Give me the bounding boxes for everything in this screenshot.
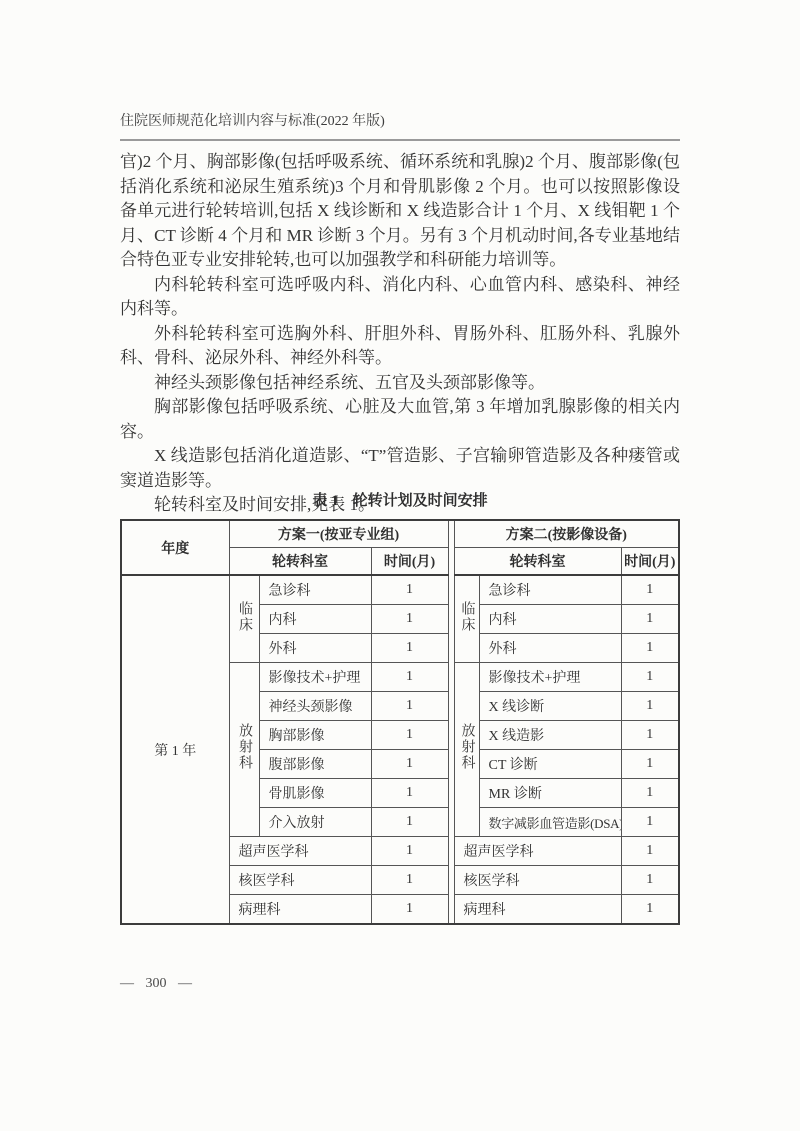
time-cell: 1 (371, 634, 448, 663)
paragraph-continuation: 官)2 个月、胸部影像(包括呼吸系统、循环系统和乳腺)2 个月、腹部影像(包括消… (120, 150, 680, 273)
group-radiology-plan2: 放射科 (454, 663, 479, 837)
group-clinical-plan2: 临床 (454, 575, 479, 663)
time-cell: 1 (621, 779, 679, 808)
time-cell: 1 (621, 866, 679, 895)
time-cell: 1 (621, 750, 679, 779)
dept-cell: 外科 (479, 634, 621, 663)
dept-cell: X 线诊断 (479, 692, 621, 721)
table-number: 表 1 (312, 493, 338, 509)
header-time-plan1: 时间(月) (371, 548, 448, 576)
time-cell: 1 (371, 866, 448, 895)
dept-cell: 核医学科 (229, 866, 371, 895)
header-time-plan2: 时间(月) (621, 548, 679, 576)
dept-cell: 内科 (259, 605, 371, 634)
header-plan1: 方案一(按亚专业组) (229, 520, 448, 548)
dept-cell: MR 诊断 (479, 779, 621, 808)
paragraph-xray-contrast: X 线造影包括消化道造影、“T”管造影、子宫输卵管造影及各种瘘管或窦道造影等。 (120, 444, 680, 493)
time-cell: 1 (371, 663, 448, 692)
time-cell: 1 (621, 663, 679, 692)
dept-cell: CT 诊断 (479, 750, 621, 779)
time-cell: 1 (621, 634, 679, 663)
time-cell: 1 (371, 808, 448, 837)
dept-cell: 数字减影血管造影(DSA) (479, 808, 621, 837)
header-plan2: 方案二(按影像设备) (454, 520, 679, 548)
time-cell: 1 (621, 808, 679, 837)
dept-cell: X 线造影 (479, 721, 621, 750)
rotation-schedule-table: 年度 方案一(按亚专业组) 方案二(按影像设备) 轮转科室 时间(月) 轮转科室… (120, 519, 680, 925)
paragraph-surgery: 外科轮转科室可选胸外科、肝胆外科、胃肠外科、肛肠外科、乳腺外科、骨科、泌尿外科、… (120, 322, 680, 371)
dept-cell: 介入放射 (259, 808, 371, 837)
time-cell: 1 (371, 779, 448, 808)
dept-cell: 超声医学科 (454, 837, 621, 866)
time-cell: 1 (371, 605, 448, 634)
dept-cell: 影像技术+护理 (259, 663, 371, 692)
body-text: 官)2 个月、胸部影像(包括呼吸系统、循环系统和乳腺)2 个月、腹部影像(包括消… (120, 150, 680, 518)
dept-cell: 急诊科 (259, 575, 371, 605)
running-header: 住院医师规范化培训内容与标准(2022 年版) (120, 110, 680, 141)
dept-cell: 影像技术+护理 (479, 663, 621, 692)
time-cell: 1 (621, 895, 679, 925)
group-radiology-plan1: 放射科 (229, 663, 259, 837)
document-page: 住院医师规范化培训内容与标准(2022 年版) 官)2 个月、胸部影像(包括呼吸… (0, 0, 800, 1131)
dept-cell: 急诊科 (479, 575, 621, 605)
dept-cell: 超声医学科 (229, 837, 371, 866)
header-year: 年度 (121, 520, 229, 575)
time-cell: 1 (371, 692, 448, 721)
group-clinical-plan1: 临床 (229, 575, 259, 663)
time-cell: 1 (621, 721, 679, 750)
time-cell: 1 (371, 895, 448, 925)
table-row: 第 1 年 临床 急诊科 1 临床 急诊科 1 (121, 575, 679, 605)
dept-cell: 骨肌影像 (259, 779, 371, 808)
time-cell: 1 (621, 575, 679, 605)
paragraph-neuro-head-neck: 神经头颈影像包括神经系统、五官及头颈部影像等。 (120, 371, 680, 396)
dept-cell: 内科 (479, 605, 621, 634)
paragraph-internal-medicine: 内科轮转科室可选呼吸内科、消化内科、心血管内科、感染科、神经内科等。 (120, 273, 680, 322)
time-cell: 1 (371, 750, 448, 779)
page-number: — 300 — (120, 976, 192, 992)
header-dept-plan2: 轮转科室 (454, 548, 621, 576)
table-title: 表 1轮转计划及时间安排 (120, 489, 680, 510)
dept-cell: 病理科 (229, 895, 371, 925)
dept-cell: 腹部影像 (259, 750, 371, 779)
dept-cell: 病理科 (454, 895, 621, 925)
dept-cell: 神经头颈影像 (259, 692, 371, 721)
time-cell: 1 (371, 837, 448, 866)
dept-cell: 核医学科 (454, 866, 621, 895)
table-header-row-1: 年度 方案一(按亚专业组) 方案二(按影像设备) (121, 520, 679, 548)
time-cell: 1 (371, 721, 448, 750)
time-cell: 1 (371, 575, 448, 605)
dept-cell: 外科 (259, 634, 371, 663)
header-dept-plan1: 轮转科室 (229, 548, 371, 576)
year-cell: 第 1 年 (121, 575, 229, 924)
time-cell: 1 (621, 605, 679, 634)
time-cell: 1 (621, 837, 679, 866)
table-title-text: 轮转计划及时间安排 (353, 493, 488, 509)
time-cell: 1 (621, 692, 679, 721)
paragraph-chest-imaging: 胸部影像包括呼吸系统、心脏及大血管,第 3 年增加乳腺影像的相关内容。 (120, 395, 680, 444)
dept-cell: 胸部影像 (259, 721, 371, 750)
